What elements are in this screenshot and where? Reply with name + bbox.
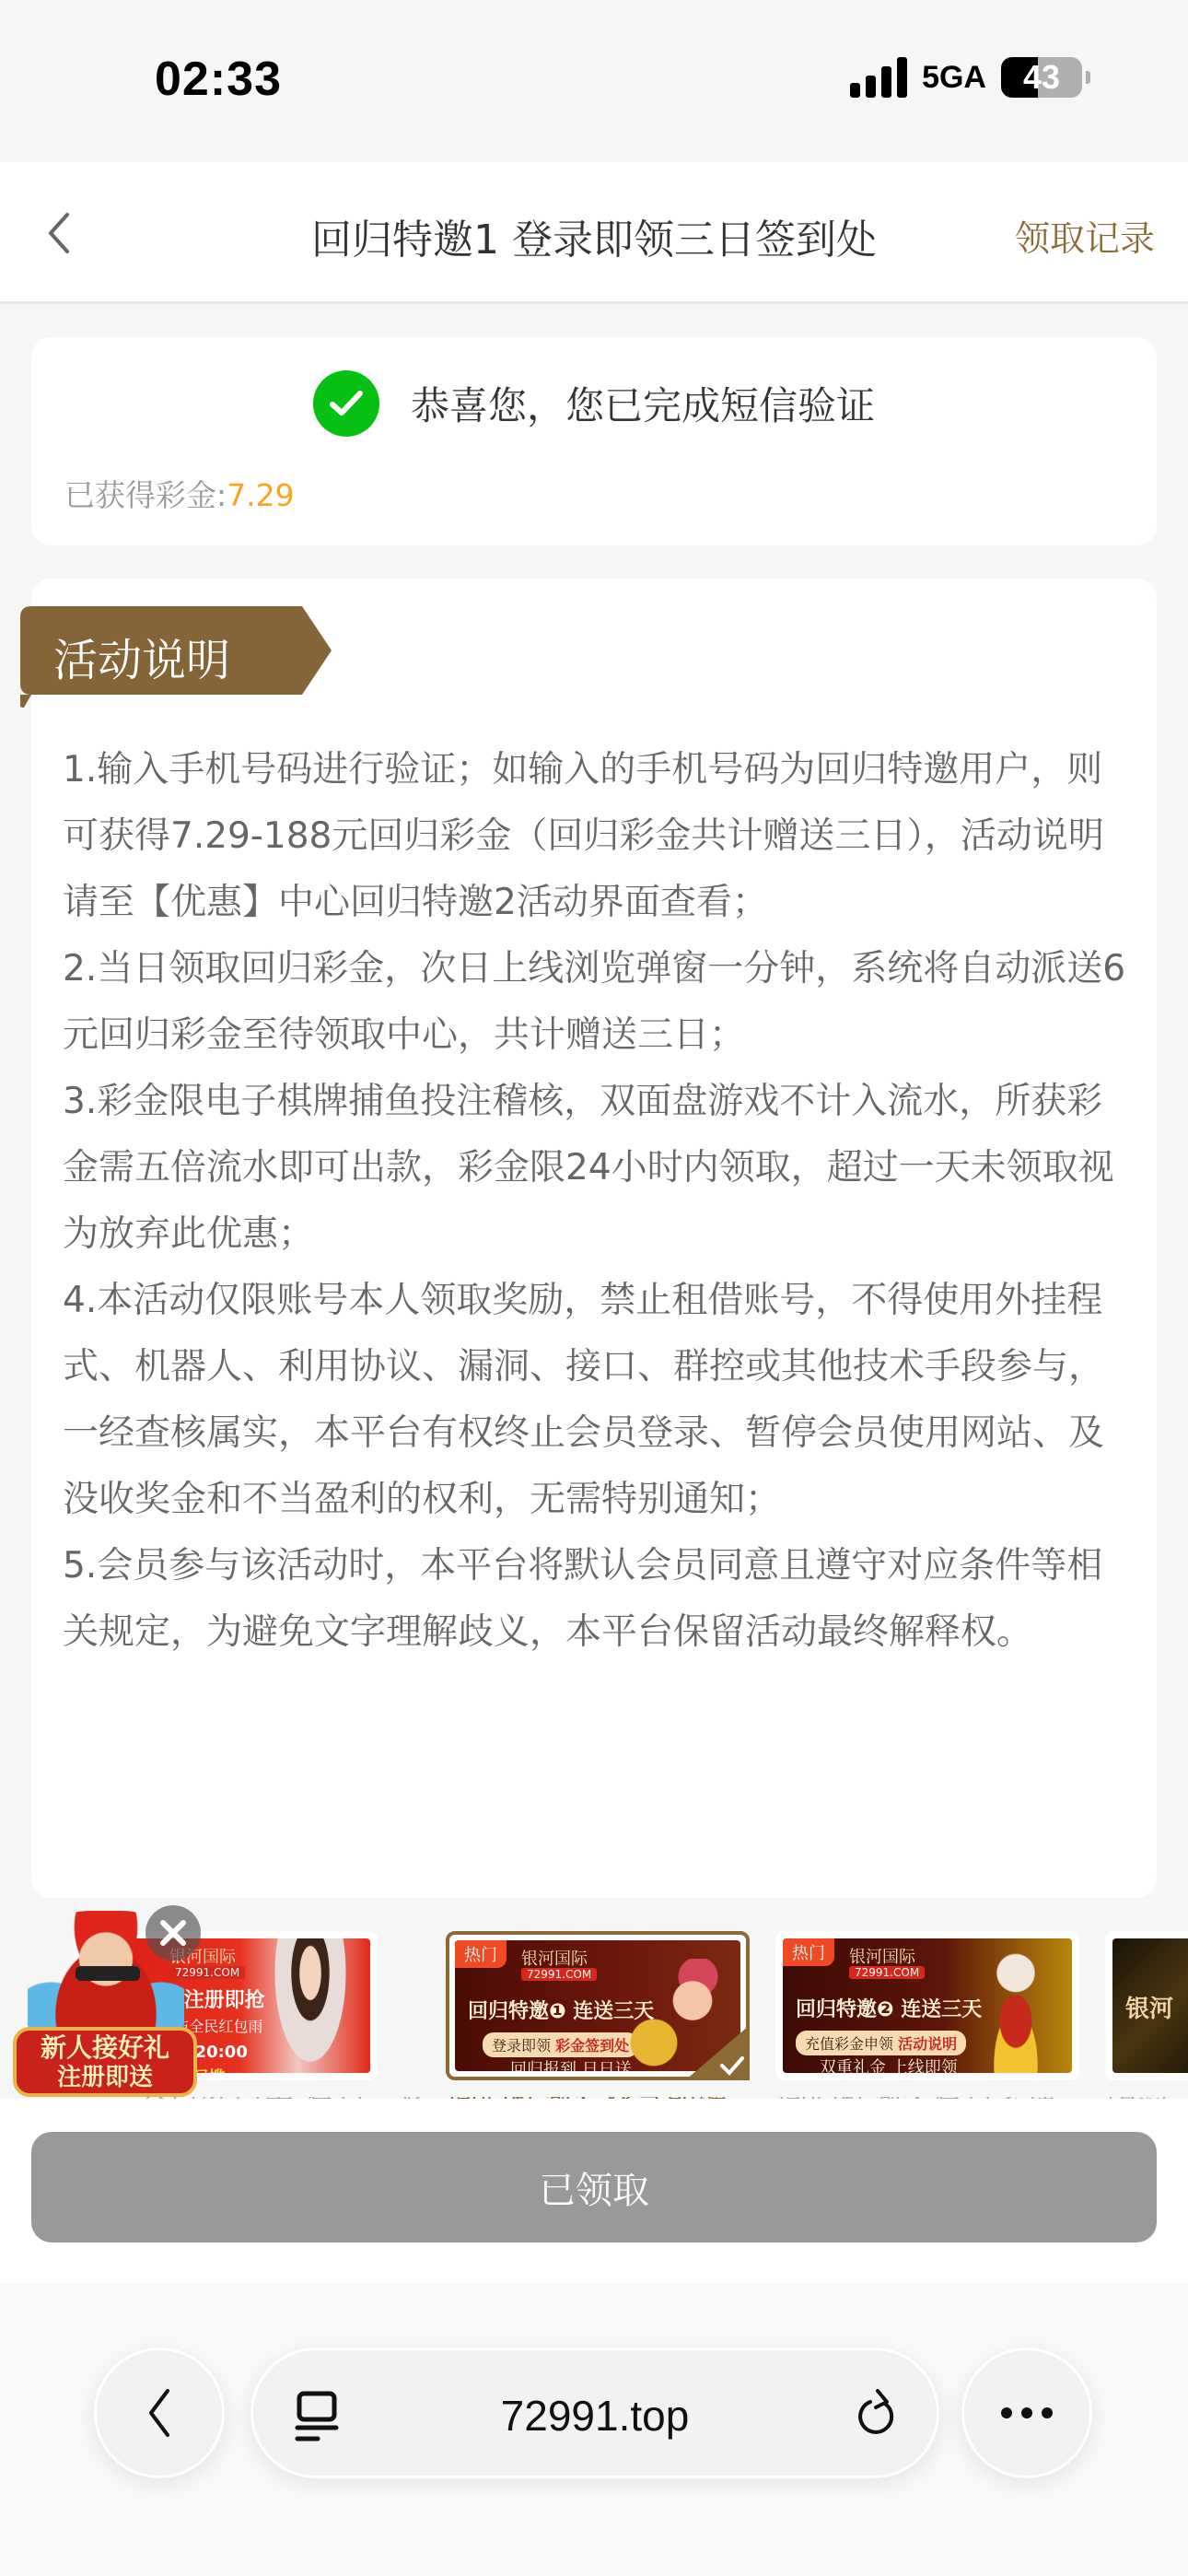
browser-toolbar: 72991.top — [0, 2283, 1188, 2576]
network-type: 5GA — [922, 60, 986, 96]
url-text: 72991.top — [253, 2391, 937, 2441]
reload-icon[interactable] — [854, 2387, 900, 2442]
close-icon — [158, 1918, 188, 1948]
banner-brand: 银河国际 — [849, 1944, 915, 1968]
verification-status: 恭喜您，您已完成短信验证 — [31, 370, 1157, 437]
hot-badge: 热门 — [455, 1940, 507, 1968]
claimed-button[interactable]: 已领取 — [31, 2132, 1157, 2242]
hot-badge: 热门 — [783, 1938, 834, 1966]
banner-domain: 72991.COM — [521, 1968, 597, 1981]
selected-check-icon — [685, 2025, 750, 2080]
activity-heading-ribbon: 活动说明 — [20, 606, 333, 697]
rule-item: 5.会员参与该活动时，本平台将默认会员同意且遵守对应条件等相关规定，为避免文字理… — [63, 1533, 1129, 1666]
activity-rules: 1.输入手机号码进行验证；如输入的手机号码为回归特邀用户，则可获得7.29-18… — [63, 737, 1129, 1666]
bonus-value: 7.29 — [227, 477, 294, 513]
promo-line-1: 新人接好礼 — [17, 2032, 193, 2064]
bonus-earned: 已获得彩金:7.29 — [64, 472, 295, 515]
status-bar: 02:33 5GA 43 — [0, 0, 1188, 162]
more-icon — [999, 2406, 1054, 2420]
signal-icon — [850, 57, 907, 98]
banner-god-of-wealth-image — [965, 1938, 1066, 2073]
bottom-action-area: 已领取 — [0, 2099, 1188, 2283]
promo-banner-return-invite-2[interactable]: 热门 银河国际 72991.COM 回归特邀❷ 连送三天 充值彩金申领 活动说明… — [775, 1931, 1079, 2080]
battery-level: 43 — [1023, 58, 1060, 97]
floating-new-user-promo[interactable]: 新人接好礼 注册即送 — [9, 1902, 203, 2095]
page-title: 回归特邀1 登录即领三日签到处 — [0, 206, 1188, 265]
activity-heading: 活动说明 — [53, 625, 230, 688]
banner-brand: 银河国际 — [521, 1946, 588, 1970]
status-indicators: 5GA 43 — [850, 57, 1090, 98]
chevron-left-icon — [146, 2387, 173, 2439]
promo-plaque: 新人接好礼 注册即送 — [13, 2027, 197, 2097]
verification-message: 恭喜您，您已完成短信验证 — [411, 376, 875, 431]
banner-image: 银河 — [1112, 1938, 1188, 2073]
close-promo-button[interactable] — [146, 1905, 201, 1961]
navbar: 回归特邀1 登录即领三日签到处 领取记录 — [0, 162, 1188, 304]
banner-headline: 回归特邀❷ 连送三天 — [796, 1994, 982, 2022]
banner-image: 热门 银河国际 72991.COM 回归特邀❷ 连送三天 充值彩金申领 活动说明… — [783, 1938, 1072, 2073]
address-bar[interactable]: 72991.top — [250, 2348, 939, 2478]
banner-subline: 双重礼金 上线即领 — [820, 2055, 958, 2073]
promo-banner-galaxy[interactable]: 银河 — [1105, 1931, 1188, 2080]
check-circle-icon — [313, 370, 379, 437]
banner-pill: 登录即领 彩金签到处 — [483, 2032, 638, 2057]
promo-banner-return-invite-1[interactable]: 热门 银河国际 72991.COM 回归特邀❶ 连送三天 登录即领 彩金签到处 … — [446, 1931, 750, 2080]
rule-item: 1.输入手机号码进行验证；如输入的手机号码为回归特邀用户，则可获得7.29-18… — [63, 737, 1129, 936]
activity-card: 活动说明 1.输入手机号码进行验证；如输入的手机号码为回归特邀用户，则可获得7.… — [31, 579, 1157, 1898]
rule-item: 2.当日领取回归彩金，次日上线浏览弹窗一分钟，系统将自动派送6元回归彩金至待领取… — [63, 936, 1129, 1069]
promo-line-2: 注册即送 — [17, 2064, 193, 2091]
banner-model-image — [269, 1938, 352, 2073]
status-time: 02:33 — [155, 52, 282, 107]
claim-history-link[interactable]: 领取记录 — [1015, 210, 1155, 261]
verification-card: 恭喜您，您已完成短信验证 已获得彩金:7.29 — [31, 337, 1157, 545]
banner-subline: 回归报到 日日送 — [510, 2056, 632, 2071]
rule-item: 3.彩金限电子棋牌捕鱼投注稽核，双面盘游戏不计入流水，所获彩金需五倍流水即可出款… — [63, 1069, 1129, 1268]
banner-headline: 银河 — [1125, 1990, 1173, 2024]
banner-domain: 72991.COM — [849, 1966, 925, 1979]
bonus-label: 已获得彩金: — [64, 477, 227, 513]
rule-item: 4.本活动仅限账号本人领取奖励，禁止租借账号，不得使用外挂程式、机器人、利用协议… — [63, 1268, 1129, 1533]
banner-pill: 充值彩金申领 活动说明 — [796, 2031, 966, 2055]
sunglasses-graphic — [76, 1966, 140, 1981]
browser-back-button[interactable] — [94, 2348, 225, 2478]
battery-tip — [1086, 71, 1090, 84]
battery-icon: 43 — [1001, 57, 1082, 98]
browser-more-button[interactable] — [961, 2348, 1092, 2478]
